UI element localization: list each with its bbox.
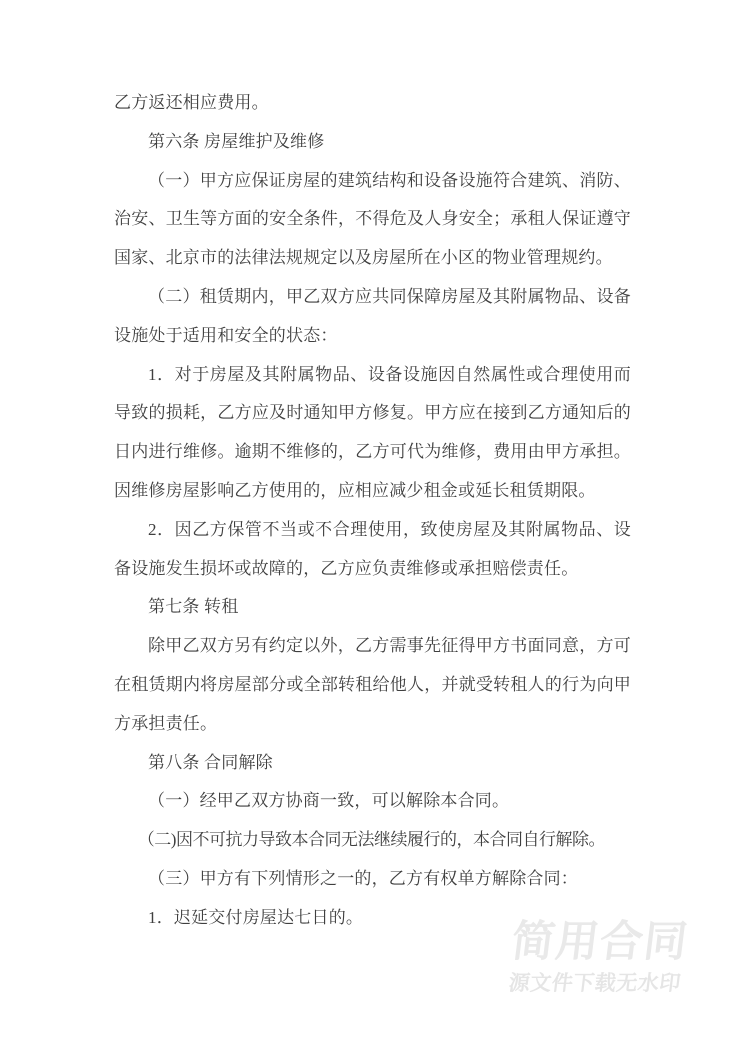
contract-paragraph: （一）甲方应保证房屋的建筑结构和设备设施符合建筑、消防、治安、卫生等方面的安全条… <box>114 162 631 278</box>
contract-paragraph: 1．对于房屋及其附属物品、设备设施因自然属性或合理使用而导致的损耗，乙方应及时通… <box>114 356 631 511</box>
contract-paragraph: （二)因不可抗力导致本合同无法继续履行的，本合同自行解除。 <box>114 821 631 860</box>
contract-body: 乙方返还相应费用。第六条 房屋维护及维修（一）甲方应保证房屋的建筑结构和设备设施… <box>114 84 631 938</box>
contract-paragraph: （三）甲方有下列情形之一的，乙方有权单方解除合同： <box>114 860 631 899</box>
contract-paragraph: 第六条 房屋维护及维修 <box>114 123 631 162</box>
watermark-title: 简用合同 <box>509 921 690 964</box>
contract-paragraph: （二）租赁期内，甲乙双方应共同保障房屋及其附属物品、设备设施处于适用和安全的状态… <box>114 278 631 356</box>
contract-paragraph: 乙方返还相应费用。 <box>114 84 631 123</box>
contract-page: 乙方返还相应费用。第六条 房屋维护及维修（一）甲方应保证房屋的建筑结构和设备设施… <box>0 0 742 1049</box>
watermark-subtitle: 源文件下载无水印 <box>506 973 685 994</box>
contract-paragraph: （一）经甲乙双方协商一致，可以解除本合同。 <box>114 782 631 821</box>
contract-paragraph: 第七条 转租 <box>114 588 631 627</box>
contract-paragraph: 2．因乙方保管不当或不合理使用，致使房屋及其附属物品、设备设施发生损坏或故障的，… <box>114 511 631 589</box>
contract-paragraph: 第八条 合同解除 <box>114 744 631 783</box>
watermark: 简用合同 源文件下载无水印 <box>506 921 691 994</box>
contract-paragraph: 除甲乙双方另有约定以外，乙方需事先征得甲方书面同意，方可在租赁期内将房屋部分或全… <box>114 627 631 743</box>
